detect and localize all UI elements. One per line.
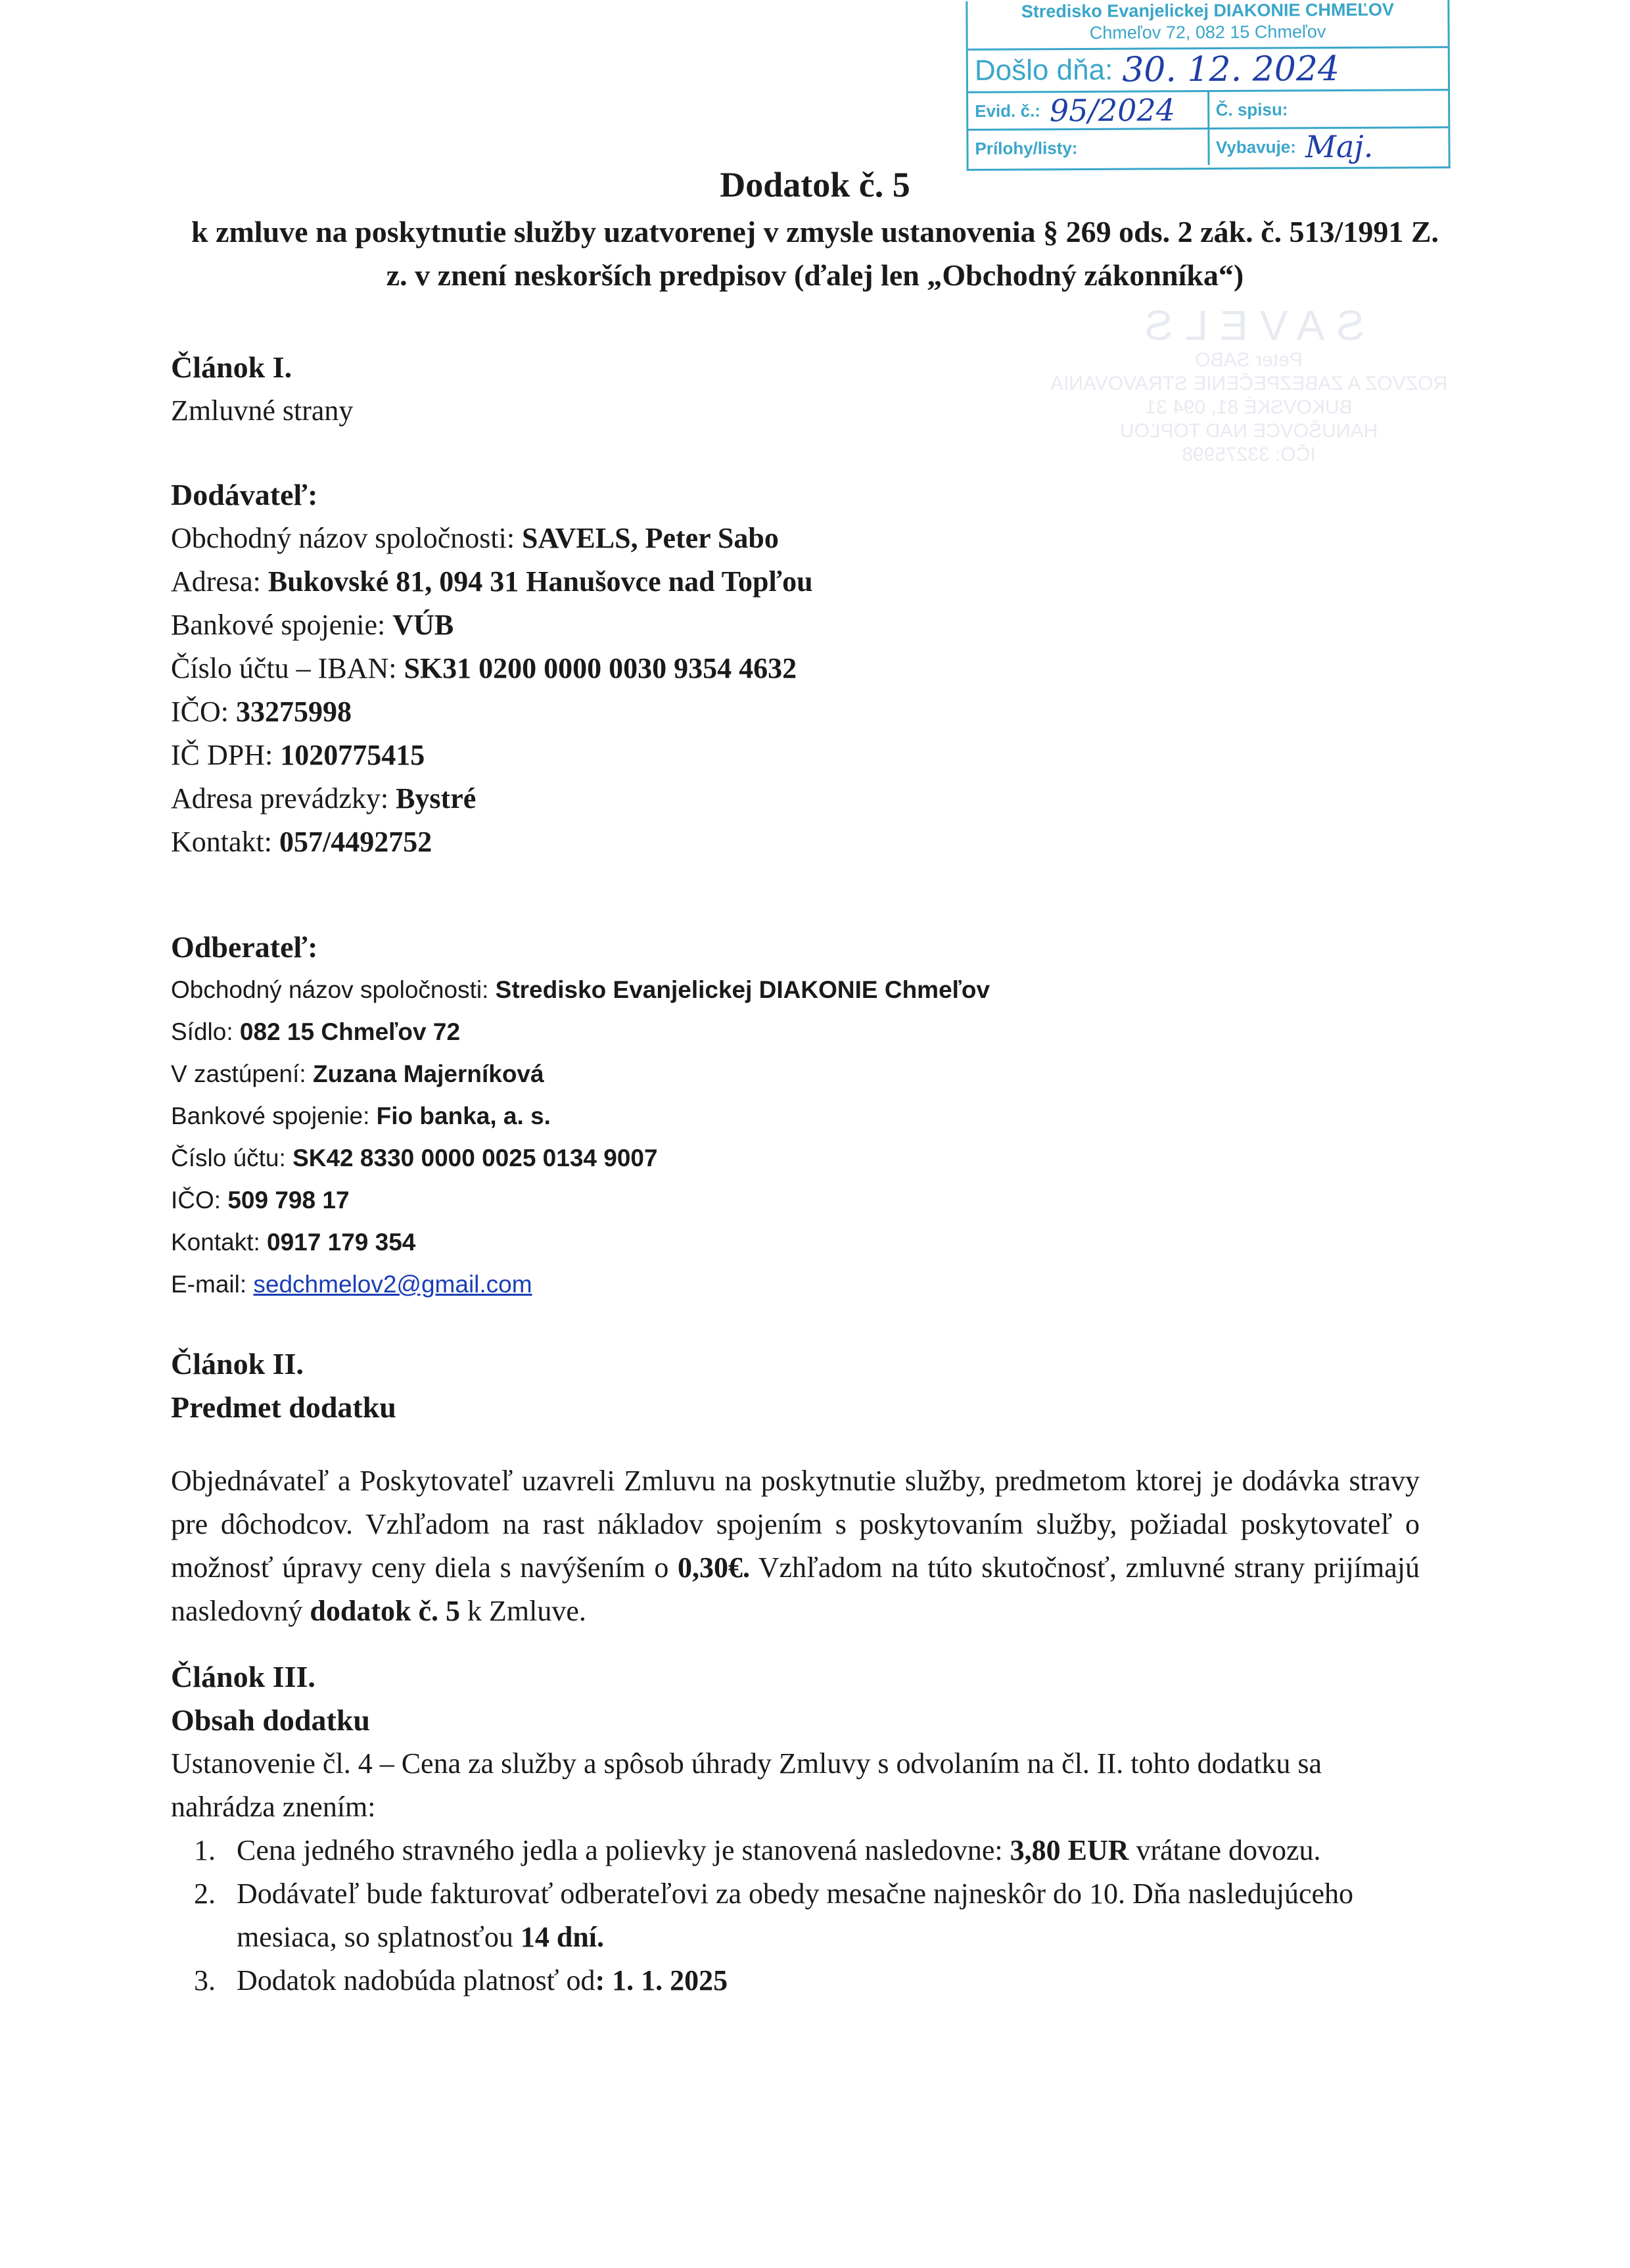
list-number: 3. [171, 1959, 237, 2002]
stamp-handled-label: Vybavuje: [1216, 137, 1296, 158]
article-3-subheading: Obsah dodatku [171, 1699, 1420, 1742]
text: k Zmluve. [460, 1595, 586, 1627]
supplier-fields: Obchodný názov spoločnosti: SAVELS, Pete… [171, 517, 1420, 864]
field-value: 082 15 Chmeľov 72 [240, 1018, 460, 1045]
bold-text: : 1. 1. 2025 [595, 1964, 728, 1996]
list-item: 3.Dodatok nadobúda platnosť od: 1. 1. 20… [171, 1959, 1407, 2002]
customer-field: Kontakt: 0917 179 354 [171, 1221, 1420, 1264]
list-text: Dodávateľ bude fakturovať odberateľovi z… [237, 1872, 1407, 1959]
supplier-field: Adresa prevádzky: Bystré [171, 777, 1420, 820]
customer-field-email: E-mail: sedchmelov2@gmail.com [171, 1264, 1420, 1306]
supplier-field: Bankové spojenie: VÚB [171, 603, 1420, 647]
customer-section: Odberateľ: Obchodný názov spoločnosti: S… [171, 926, 1420, 1306]
text: vrátane dovozu. [1129, 1834, 1321, 1866]
customer-field: Sídlo: 082 15 Chmeľov 72 [171, 1011, 1420, 1053]
list-text: Cena jedného stravného jedla a polievky … [237, 1829, 1407, 1872]
customer-fields: Obchodný názov spoločnosti: Stredisko Ev… [171, 969, 1420, 1264]
field-label: Bankové spojenie: [171, 609, 392, 641]
field-value: Bukovské 81, 094 31 Hanušovce nad Topľou [268, 565, 813, 598]
field-label: IČO: [171, 1187, 227, 1214]
supplier-heading: Dodávateľ: [171, 473, 1420, 517]
customer-field: V zastúpení: Zuzana Majerníková [171, 1053, 1420, 1095]
field-value: SAVELS, Peter Sabo [522, 522, 779, 554]
field-value: 33275998 [236, 696, 352, 728]
field-label: Sídlo: [171, 1018, 240, 1045]
supplier-field: IČ DPH: 1020775415 [171, 734, 1420, 777]
list-item: 2.Dodávateľ bude fakturovať odberateľovi… [171, 1872, 1407, 1959]
field-label: Adresa: [171, 565, 268, 598]
document-title: Dodatok č. 5 [0, 164, 1630, 205]
bold-text: 0,30€. [678, 1551, 750, 1584]
stamp-evid-value: 95/2024 [1050, 92, 1175, 128]
field-value: Fio banka, a. s. [377, 1102, 551, 1129]
field-value: Bystré [396, 782, 476, 815]
field-label: IČO: [171, 696, 236, 728]
field-value: 1020775415 [280, 739, 425, 771]
field-label: E-mail: [171, 1271, 253, 1298]
stamp-attachments-label: Prílohy/listy: [975, 138, 1077, 159]
bold-text: 3,80 EUR [1010, 1834, 1129, 1866]
field-label: Adresa prevádzky: [171, 782, 396, 815]
supplier-field: IČO: 33275998 [171, 690, 1420, 734]
stamp-received-row: Došlo dňa: 30. 12. 2024 [968, 48, 1448, 93]
supplier-field: Obchodný názov spoločnosti: SAVELS, Pete… [171, 517, 1420, 560]
ghost-line: IČO: 33275998 [1025, 443, 1472, 467]
text: Dodatok nadobúda platnosť od [237, 1964, 595, 1996]
stamp-address: Chmeľov 72, 082 15 Chmeľov [967, 20, 1447, 51]
article-1: Článok I. Zmluvné strany [171, 346, 1420, 433]
field-label: IČ DPH: [171, 739, 280, 771]
field-value: 0917 179 354 [267, 1229, 415, 1256]
field-label: Číslo účtu – IBAN: [171, 652, 404, 684]
article-1-subheading: Zmluvné strany [171, 389, 1420, 433]
stamp-evid-label: Evid. č.: [975, 101, 1040, 122]
customer-heading: Odberateľ: [171, 926, 1420, 969]
field-label: Bankové spojenie: [171, 1102, 377, 1129]
field-value: 057/4492752 [279, 826, 432, 858]
field-label: Obchodný názov spoločnosti: [171, 522, 522, 554]
field-label: Kontakt: [171, 826, 279, 858]
article-1-heading: Článok I. [171, 346, 1420, 389]
document-subtitle: k zmluve na poskytnutie služby uzatvoren… [177, 210, 1453, 297]
supplier-field: Adresa: Bukovské 81, 094 31 Hanušovce na… [171, 560, 1420, 603]
bold-text: dodatok č. 5 [310, 1595, 460, 1627]
field-value: VÚB [392, 609, 454, 641]
customer-field: Obchodný názov spoločnosti: Stredisko Ev… [171, 969, 1420, 1011]
list-number: 2. [171, 1872, 237, 1959]
customer-field: IČO: 509 798 17 [171, 1179, 1420, 1221]
field-value: 509 798 17 [227, 1187, 349, 1214]
customer-field: Bankové spojenie: Fio banka, a. s. [171, 1095, 1420, 1137]
article-3-heading: Článok III. [171, 1655, 1420, 1699]
article-2: Článok II. Predmet dodatku Objednávateľ … [171, 1342, 1420, 1633]
field-label: Kontakt: [171, 1229, 267, 1256]
article-2-heading: Článok II. [171, 1342, 1420, 1386]
list-item: 1.Cena jedného stravného jedla a polievk… [171, 1829, 1407, 1872]
article-2-paragraph: Objednávateľ a Poskytovateľ uzavreli Zml… [171, 1459, 1420, 1633]
article-3-intro: Ustanovenie čl. 4 – Cena za služby a spô… [171, 1742, 1354, 1829]
customer-field: Číslo účtu: SK42 8330 0000 0025 0134 900… [171, 1137, 1420, 1179]
supplier-field: Kontakt: 057/4492752 [171, 820, 1420, 864]
registry-stamp: Stredisko Evanjelickej DIAKONIE CHMEĽOV … [966, 0, 1450, 171]
stamp-received-value: 30. 12. 2024 [1122, 49, 1339, 90]
field-value: SK31 0200 0000 0030 9354 4632 [404, 652, 797, 684]
supplier-field: Číslo účtu – IBAN: SK31 0200 0000 0030 9… [171, 647, 1420, 690]
article-3-items: 1.Cena jedného stravného jedla a polievk… [171, 1829, 1407, 2002]
list-text: Dodatok nadobúda platnosť od: 1. 1. 2025 [237, 1959, 1407, 2002]
list-number: 1. [171, 1829, 237, 1872]
bold-text: 14 dní. [521, 1921, 604, 1953]
stamp-file-label: Č. spisu: [1216, 99, 1288, 120]
ghost-line: SAVELS [1025, 302, 1472, 348]
field-label: Obchodný názov spoločnosti: [171, 976, 496, 1003]
stamp-handled-value: Maj. [1305, 129, 1374, 165]
stamp-received-label: Došlo dňa: [975, 54, 1113, 87]
stamp-attachments-row: Prílohy/listy: Vybavuje: Maj. [968, 128, 1448, 166]
field-value: SK42 8330 0000 0025 0134 9007 [292, 1145, 658, 1171]
field-label: V zastúpení: [171, 1060, 313, 1087]
field-label: Číslo účtu: [171, 1145, 292, 1171]
supplier-section: Dodávateľ: Obchodný názov spoločnosti: S… [171, 473, 1420, 864]
email-link[interactable]: sedchmelov2@gmail.com [253, 1271, 532, 1298]
stamp-evid-row: Evid. č.: 95/2024 Č. spisu: [968, 91, 1448, 131]
field-value: Zuzana Majerníková [313, 1060, 544, 1087]
article-2-subheading: Predmet dodatku [171, 1386, 1420, 1429]
stamp-organization: Stredisko Evanjelickej DIAKONIE CHMEĽOV [967, 0, 1447, 22]
field-value: Stredisko Evanjelickej DIAKONIE Chmeľov [496, 976, 990, 1003]
text: Cena jedného stravného jedla a polievky … [237, 1834, 1010, 1866]
article-3: Článok III. Obsah dodatku Ustanovenie čl… [171, 1655, 1420, 2002]
text: Dodávateľ bude fakturovať odberateľovi z… [237, 1878, 1353, 1953]
